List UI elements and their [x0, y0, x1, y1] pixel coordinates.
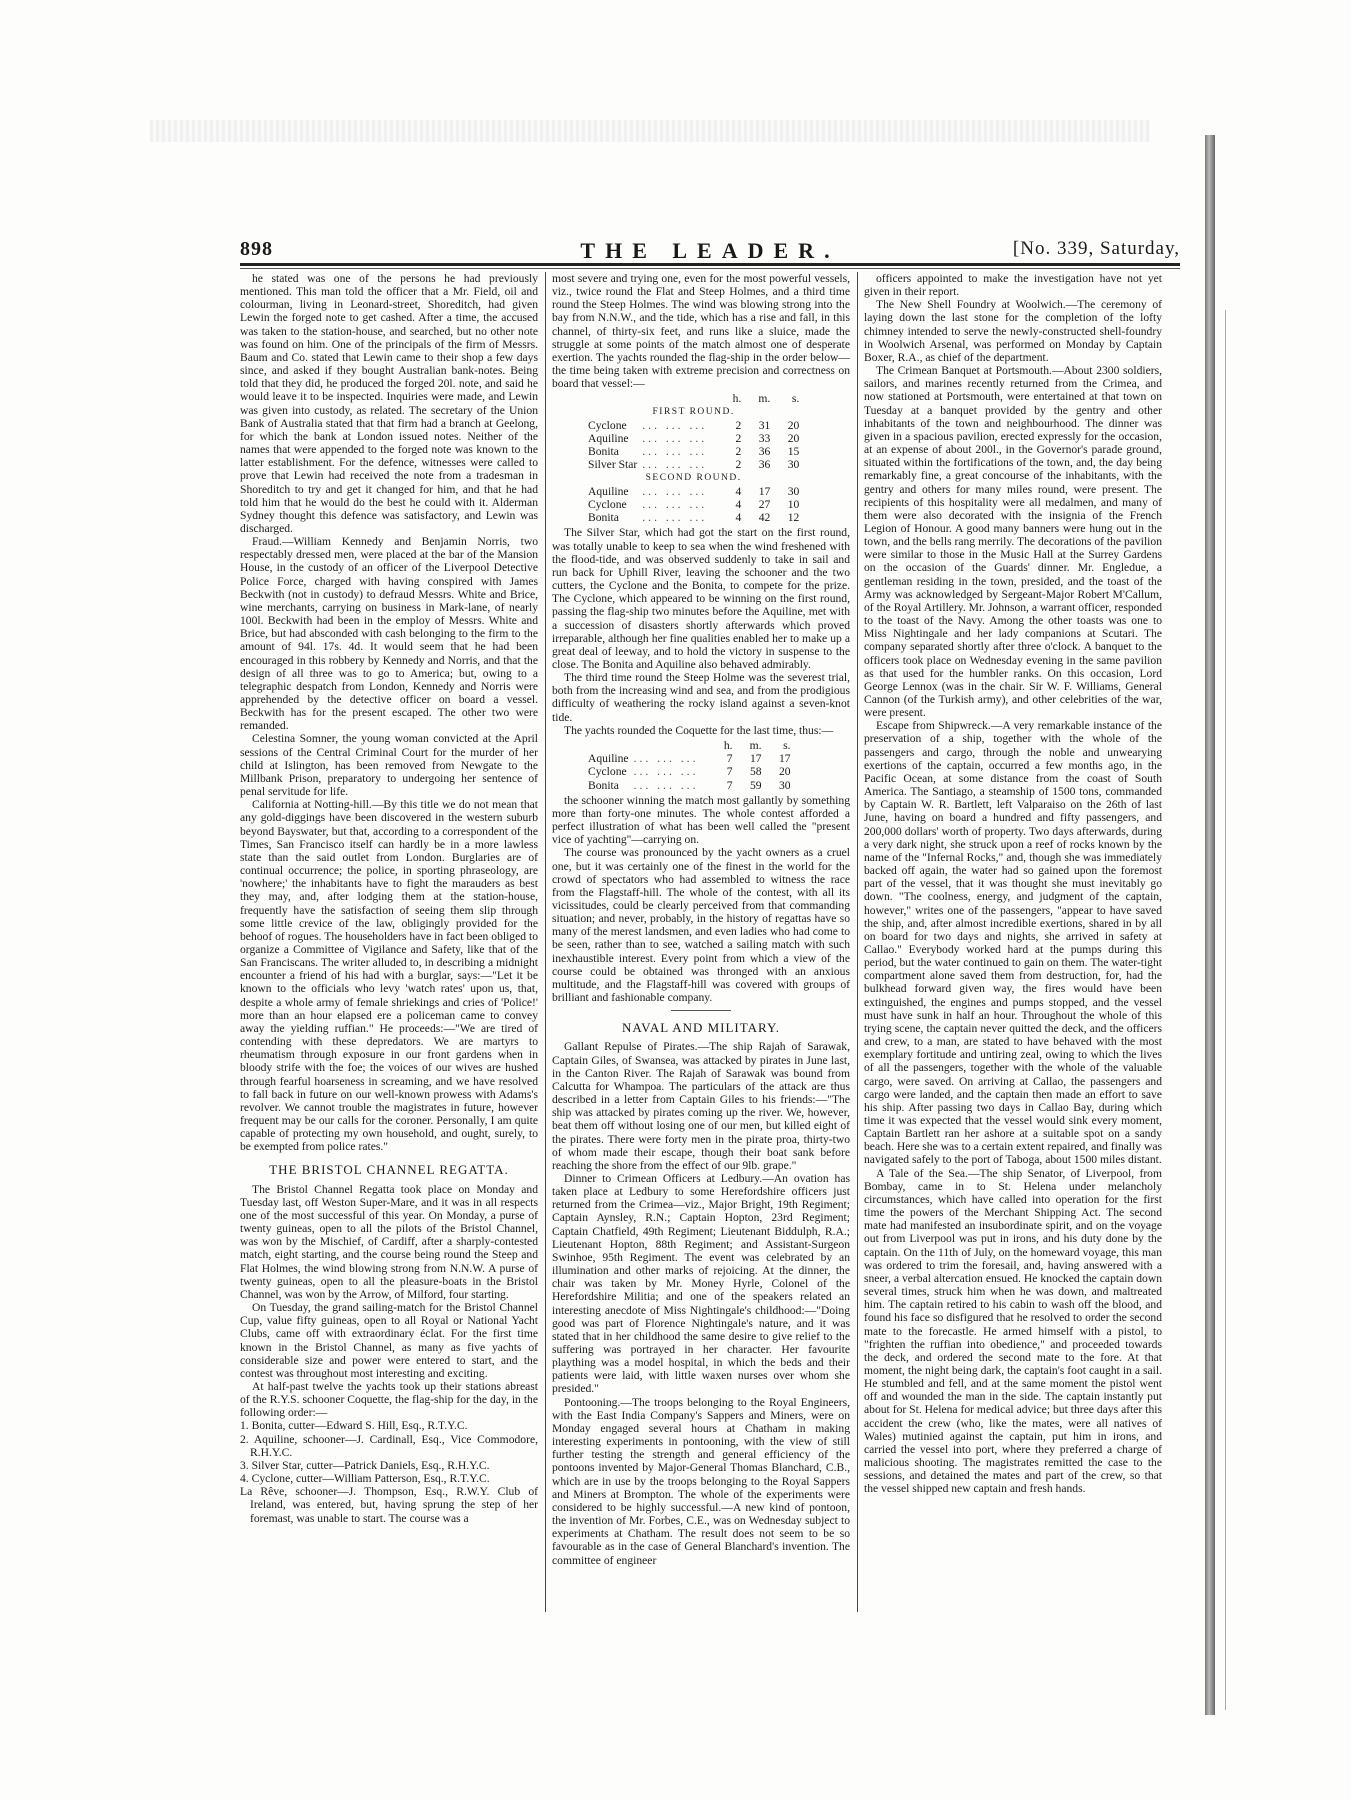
cell-m: 17 [738, 752, 767, 765]
cell-dots: ... ... ... [642, 445, 717, 458]
cell-s: 12 [775, 511, 804, 524]
cell-yacht: Silver Star [588, 458, 642, 471]
cell-h: 4 [717, 511, 746, 524]
table-row: Silver Star... ... ...23630 [588, 458, 804, 471]
cell-dots: ... ... ... [634, 752, 709, 765]
minutes-header: m. [738, 739, 767, 752]
newspaper-title: THE LEADER. [480, 238, 940, 264]
column-divider [857, 272, 858, 1612]
cell-m: 58 [738, 765, 767, 778]
article-paragraph: The Bristol Channel Regatta took place o… [240, 1183, 538, 1301]
cell-yacht: Bonita [588, 779, 634, 792]
cell-m: 27 [746, 498, 775, 511]
list-item: 4. Cyclone, cutter—William Patterson, Es… [240, 1472, 538, 1485]
cell-dots: ... ... ... [642, 419, 717, 432]
article-paragraph: Pontooning.—The troops belonging to the … [552, 1396, 850, 1567]
cell-yacht: Bonita [588, 511, 642, 524]
cell-dots: ... ... ... [634, 779, 709, 792]
seconds-header: s. [767, 739, 796, 752]
article-paragraph: Escape from Shipwreck.—A very remarkable… [864, 719, 1162, 1166]
cell-yacht: Aquiline [588, 752, 634, 765]
article-paragraph: California at Notting-hill.—By this titl… [240, 798, 538, 1153]
scan-top-band [150, 120, 1150, 142]
article-paragraph: The third time round the Steep Holme was… [552, 671, 850, 724]
table-row: Bonita... ... ...75930 [588, 779, 796, 792]
masthead: 898 THE LEADER. [No. 339, Saturday, [240, 238, 1180, 260]
cell-h: 4 [717, 498, 746, 511]
regatta-article: The Bristol Channel Regatta took place o… [240, 1183, 538, 1420]
issue-info: [No. 339, Saturday, [1013, 238, 1180, 260]
column-1-articles: he stated was one of the persons he had … [240, 272, 538, 1153]
cell-yacht: Aquiline [588, 485, 642, 498]
regatta-heading: The Bristol Channel Regatta. [240, 1163, 538, 1176]
hours-header: h. [709, 739, 738, 752]
cell-h: 7 [709, 779, 738, 792]
cell-h: 2 [717, 445, 746, 458]
cell-h: 7 [709, 765, 738, 778]
cell-m: 36 [746, 458, 775, 471]
article-paragraph: Celestina Somner, the young woman convic… [240, 732, 538, 798]
page-number: 898 [240, 238, 273, 261]
cell-s: 20 [775, 419, 804, 432]
table-row: Cyclone... ... ...42710 [588, 498, 804, 511]
round-label: First Round. [588, 406, 804, 419]
article-paragraph: The New Shell Foundry at Woolwich.—The c… [864, 298, 1162, 364]
cell-m: 17 [746, 485, 775, 498]
table-row: Cyclone... ... ...23120 [588, 419, 804, 432]
cell-dots: ... ... ... [642, 458, 717, 471]
article-paragraph: A Tale of the Sea.—The ship Senator, of … [864, 1167, 1162, 1496]
article-paragraph: officers appointed to make the investiga… [864, 272, 1162, 298]
scan-binding-edge [1205, 135, 1215, 1715]
minutes-header: m. [746, 392, 775, 405]
article-paragraph: the schooner winning the match most gall… [552, 794, 850, 847]
table-row: Aquiline... ... ...41730 [588, 485, 804, 498]
article-paragraph: On Tuesday, the grand sailing-match for … [240, 1301, 538, 1380]
cell-yacht: Cyclone [588, 419, 642, 432]
naval-military-heading: Naval and Military. [552, 1021, 850, 1034]
article-paragraph: The Silver Star, which had got the start… [552, 526, 850, 671]
cell-m: 33 [746, 432, 775, 445]
cell-yacht: Cyclone [588, 498, 642, 511]
column-2: most severe and trying one, even for the… [552, 272, 850, 1567]
cell-s: 30 [767, 779, 796, 792]
cell-s: 30 [775, 458, 804, 471]
cell-s: 17 [767, 752, 796, 765]
regatta-conclusion: the schooner winning the match most gall… [552, 794, 850, 1005]
cell-m: 59 [738, 779, 767, 792]
cell-dots: ... ... ... [642, 511, 717, 524]
column-1: he stated was one of the persons he had … [240, 272, 538, 1525]
masthead-rule-thin [240, 268, 1180, 269]
cell-dots: ... ... ... [634, 765, 709, 778]
article-paragraph: Dinner to Crimean Officers at Ledbury.—A… [552, 1172, 850, 1396]
cell-h: 2 [717, 432, 746, 445]
naval-articles: Gallant Repulse of Pirates.—The ship Raj… [552, 1040, 850, 1566]
section-rule [671, 1010, 731, 1011]
regatta-continued: most severe and trying one, even for the… [552, 272, 850, 390]
article-paragraph: Fraud.—William Kennedy and Benjamin Norr… [240, 535, 538, 732]
cell-s: 20 [775, 432, 804, 445]
article-paragraph: At half-past twelve the yachts took up t… [240, 1380, 538, 1419]
cell-yacht: Aquiline [588, 432, 642, 445]
cell-dots: ... ... ... [642, 432, 717, 445]
table-row: Cyclone... ... ...75820 [588, 765, 796, 778]
final-times-table: h. m. s. Aquiline... ... ...71717Cyclone… [588, 739, 796, 792]
article-paragraph: Gallant Repulse of Pirates.—The ship Raj… [552, 1040, 850, 1172]
cell-h: 2 [717, 419, 746, 432]
yacht-start-order: 1. Bonita, cutter—Edward S. Hill, Esq., … [240, 1419, 538, 1524]
cell-dots: ... ... ... [642, 498, 717, 511]
cell-h: 7 [709, 752, 738, 765]
column-3-articles: officers appointed to make the investiga… [864, 272, 1162, 1496]
column-divider [545, 272, 546, 1612]
list-item: 2. Aquiline, schooner—J. Cardinall, Esq.… [240, 1433, 538, 1459]
list-item: 1. Bonita, cutter—Edward S. Hill, Esq., … [240, 1419, 538, 1432]
table-row: Bonita... ... ...44212 [588, 511, 804, 524]
round-times-table: h. m. s. First Round.Cyclone... ... ...2… [588, 392, 804, 524]
cell-h: 2 [717, 458, 746, 471]
cell-s: 10 [775, 498, 804, 511]
cell-s: 20 [767, 765, 796, 778]
article-paragraph: The yachts rounded the Coquette for the … [552, 724, 850, 737]
cell-h: 4 [717, 485, 746, 498]
cell-m: 42 [746, 511, 775, 524]
list-item: La Rêve, schooner—J. Thompson, Esq., R.W… [240, 1485, 538, 1524]
table-row: Bonita... ... ...23615 [588, 445, 804, 458]
seconds-header: s. [775, 392, 804, 405]
scan-edge-line [1225, 310, 1226, 1710]
cell-dots: ... ... ... [642, 485, 717, 498]
table-row: Aquiline... ... ...23320 [588, 432, 804, 445]
article-paragraph: he stated was one of the persons he had … [240, 272, 538, 535]
cell-yacht: Cyclone [588, 765, 634, 778]
hours-header: h. [717, 392, 746, 405]
cell-s: 30 [775, 485, 804, 498]
article-paragraph: The Crimean Banquet at Portsmouth.—About… [864, 364, 1162, 719]
article-paragraph: The course was pronounced by the yacht o… [552, 846, 850, 1004]
regatta-narrative: The Silver Star, which had got the start… [552, 526, 850, 737]
masthead-rule [240, 263, 1180, 266]
column-3: officers appointed to make the investiga… [864, 272, 1162, 1496]
cell-yacht: Bonita [588, 445, 642, 458]
round-label: Second Round. [588, 472, 804, 485]
cell-s: 15 [775, 445, 804, 458]
cell-m: 36 [746, 445, 775, 458]
cell-m: 31 [746, 419, 775, 432]
table-row: Aquiline... ... ...71717 [588, 752, 796, 765]
list-item: 3. Silver Star, cutter—Patrick Daniels, … [240, 1459, 538, 1472]
